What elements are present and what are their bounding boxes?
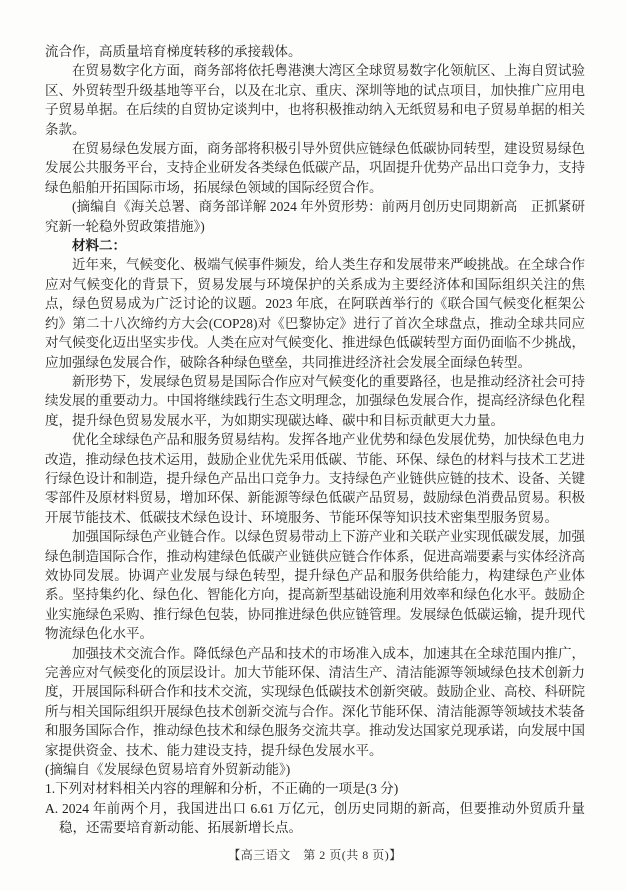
paragraph-new-situation: 新形势下，发展绿色贸易是国际合作应对气候变化的重要路径，也是推动经济社会可持续发…: [45, 372, 585, 430]
paragraph-continuation: 流合作，高质量培育梯度转移的承接载体。: [45, 42, 585, 61]
question-1-stem: 1.下列对材料相关内容的理解和分析，不正确的一项是(3 分): [45, 779, 585, 798]
paragraph-optimize-trade-structure: 优化全球绿色产品和服务贸易结构。发挥各地产业优势和绿色发展优势，加快绿色电力改造…: [45, 430, 585, 527]
paragraph-trade-digitalization: 在贸易数字化方面，商务部将依托粤港澳大湾区全球贸易数字化领航区、上海自贸试验区、…: [45, 61, 585, 139]
page-footer: 【高三语文 第 2 页(共 8 页)】: [45, 846, 585, 865]
exam-page: 流合作，高质量培育梯度转移的承接载体。 在贸易数字化方面，商务部将依托粤港澳大湾…: [0, 0, 626, 891]
citation-material-two: (摘编自《发展绿色贸易培育外贸新动能》): [45, 760, 585, 779]
material-two-label: 材料二：: [45, 236, 585, 255]
question-1-choice-a: A. 2024 年前两个月，我国进出口 6.61 万亿元，创历史同期的新高，但要…: [45, 799, 585, 838]
paragraph-tech-exchange-cooperation: 加强技术交流合作。降低绿色产品和技术的市场准入成本，加速其在全球范围内推广，完善…: [45, 644, 585, 760]
paragraph-climate-intro: 近年来，气候变化、极端气候事件频发，给人类生存和发展带来严峻挑战。在全球合作应对…: [45, 255, 585, 371]
paragraph-industry-chain-cooperation: 加强国际绿色产业链合作。以绿色贸易带动上下游产业和关联产业实现低碳发展，加强绿色…: [45, 527, 585, 643]
citation-material-one: (摘编自《海关总署、商务部详解 2024 年外贸形势：前两月创历史同期新高 正抓…: [45, 197, 585, 236]
paragraph-trade-green-development: 在贸易绿色发展方面，商务部将积极引导外贸供应链绿色低碳协同转型，建设贸易绿色发展…: [45, 139, 585, 197]
